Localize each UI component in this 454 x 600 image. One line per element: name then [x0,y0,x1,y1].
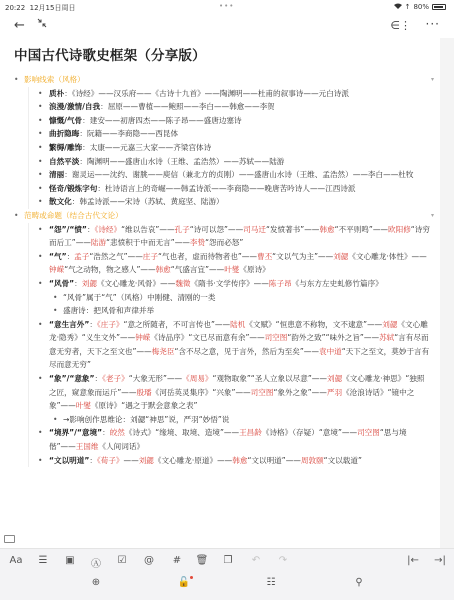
author-name: 周敦颐 [301,456,324,465]
tag-icon[interactable]: # [169,555,185,566]
list-item[interactable]: 质朴：《诗经》——汉乐府——《古诗十九首》——陶渊明——杜甫的叙事诗——元白诗派 [29,87,430,101]
author-name: 钟嵘 [49,265,64,274]
text-segment: “气之动物，物之感人”—— [64,265,155,274]
author-name: 欧阳修 [388,225,411,234]
text-segment: 《文心雕龙·原道》—— [154,456,232,465]
list-item[interactable]: “境界”/“意境”：皎然《诗式》“缘境、取境、造境”——王昌龄《诗格》（存疑）“… [29,426,430,453]
text-segment: ： [102,428,110,437]
text-segment: 《诗格》（存疑）“意境”—— [262,428,357,437]
author-name: 庄子 [143,252,158,261]
sub-list-item[interactable]: 盛唐诗：把风骨和声律并举 [49,304,430,318]
text-segment: “象外之象”—— [273,388,326,397]
list-item[interactable]: 繁缛/雕饰：太康——元嘉三大家——齐梁宫体诗 [29,141,430,155]
list-item[interactable]: “风骨”：刘勰《文心雕龙·风骨》——魏徵《隋书·文学传序》——陈子昂《与东方左史… [29,277,430,318]
add-glyph: ⊕ [92,577,100,588]
search-glyph: ⚲ [355,577,362,588]
text-segment: ： [87,225,95,234]
list-item[interactable]: 浪漫/激情/自我：屈原——曹植——鲍照——李白——韩愈——李贺 [29,100,430,114]
status-bar: 20:22 12月15日周日 ••• ↑ 80% [0,0,454,14]
list-item[interactable]: 自然平淡：陶渊明——盛唐山水诗（王维、孟浩然）——苏轼——陆游 [29,155,430,169]
text-segment: 《人间词话》 [99,442,145,451]
author-name: 曹丕 [257,252,272,261]
list-item[interactable]: 曲折隐晦：阮籍——李商隐——西昆体 [29,127,430,141]
undo-icon[interactable]: ↶ [248,555,264,566]
outdent-icon[interactable]: |← [405,555,421,566]
author-name: 梅尧臣 [152,347,175,356]
text-segment: “韵外之致”“味外之旨”—— [287,333,379,342]
editor-toolbar: Aa☰▣Ⓐ☑@#🗑❐↶↷|←→| ⊕🔓☷⚲ [0,548,454,600]
section-heading: 影响线索（风格） [24,75,85,84]
author-name: 殷璠 [136,388,151,397]
author-name: 《老子》 [102,374,129,383]
author-name: 司空图 [265,333,288,342]
text-segment: “大象无形”—— [129,374,182,383]
text-segment: ： [89,320,97,329]
outline-root: 影响线索（风格） ▾ 质朴：《诗经》——汉乐府——《古诗十九首》——陶渊明——杜… [14,73,430,467]
text-segment: 《诗式》“缘境、取境、造境”—— [125,428,239,437]
screen-mirror-icon[interactable] [4,535,15,543]
checkbox-icon[interactable]: ☑ [114,555,130,566]
text-segment: “气盛言宜”—— [171,265,224,274]
page-title: 中国古代诗歌史框架（分享版） [14,44,430,64]
author-name: 陆机 [230,320,245,329]
author-name: 叶燮 [76,401,91,410]
text-segment: ： [74,279,82,288]
author-name: 陆游 [91,238,106,247]
author-name: 刘勰 [382,320,397,329]
list-item[interactable]: “意生言外”：《庄子》“意之所随者，不可言传也”——陆机《文赋》“恒患意不称物，… [29,318,430,372]
text-segment: ： [89,456,97,465]
author-name: 王国维 [76,442,99,451]
indent-icon[interactable]: →| [432,555,448,566]
author-name: 司空图 [357,428,380,437]
author-name: 《周易》 [182,374,212,383]
text-segment: “气也者，虚而待物者也”—— [158,252,257,261]
sub-list-item[interactable]: →影响创作思维论：刘勰“神思”说，严羽“妙悟”说 [49,413,430,427]
action-toolbar-row: ⊕🔓☷⚲ [0,577,454,597]
list-item[interactable]: 散文化：韩孟诗派——宋诗（苏轼、黄庭坚、陆游） [29,195,430,209]
lock-icon[interactable]: 🔓 [176,577,192,588]
text-segment: 《原诗》 [239,265,269,274]
text-segment: ： [95,374,103,383]
author-name: 刘勰 [327,374,342,383]
status-time: 20:22 12月15日周日 [5,3,75,13]
section-heading: 范畴或命题（结合古代文论） [24,211,123,220]
lock-glyph: 🔓 [178,577,190,588]
list-format-icon[interactable]: ☰ [35,555,51,566]
nav-bar: ← ∈⋮ ··· [0,14,454,38]
text-segment: 《文心雕龙·风骨》—— [97,279,175,288]
author-name: 刘勰 [82,279,97,288]
text-segment: “浩然之气”—— [89,252,142,261]
author-name: 严羽 [327,388,342,397]
author-name: 司空图 [251,388,274,397]
text-style-icon[interactable]: Aa [8,555,24,566]
list-item[interactable]: 慷慨/气骨：建安——初唐四杰——陈子昂——盛唐边塞诗 [29,114,430,128]
redo-icon[interactable]: ↷ [275,555,291,566]
author-name: 《诗经》 [95,225,122,234]
text-segment: “悲愤积于中而无言”—— [106,238,190,247]
list-item[interactable]: “文以明道”：《荀子》——刘勰《文心雕龙·原道》——韩愈“文以明道”——周敦颐“… [29,454,430,468]
text-segment: “含不尽之意，见于言外，然后为至矣”—— [174,347,319,356]
text-segment: “文以气为主”—— [272,252,333,261]
text-segment: “文以载道” [324,456,362,465]
outline-icon[interactable]: ☷ [263,577,279,588]
document-body[interactable]: 中国古代诗歌史框架（分享版） 影响线索（风格） ▾ 质朴：《诗经》——汉乐府——… [0,38,440,548]
fold-toggle-icon[interactable]: ▾ [431,73,434,87]
copy-icon[interactable]: ❐ [220,555,236,566]
text-segment: —— [124,456,139,465]
text-segment: 《文赋》“恒患意不称物，文不逮意”—— [245,320,382,329]
multitask-dots[interactable]: ••• [219,2,234,10]
author-name: 韩愈 [156,265,171,274]
author-name: 钟嵘 [135,333,150,342]
author-name: 《庄子》 [97,320,124,329]
section-categories[interactable]: 范畴或命题（结合古代文论） ▾ “怨”/“愤”：《诗经》“维以告哀”——孔子“诗… [14,209,430,467]
outline-toggle-icon[interactable]: ∈⋮ [390,19,411,32]
author-name: 皎然 [110,428,125,437]
battery-percent: 80% [413,3,429,11]
scrollbar-track[interactable] [440,38,454,548]
text-segment: 《河岳英灵集序》“兴象”—— [152,388,251,397]
author-name: 司马迁 [243,225,266,234]
notification-dot [190,576,193,579]
image-icon[interactable]: ▣ [62,555,78,566]
back-icon[interactable]: ← [14,18,25,33]
text-segment: “观物取象”“圣人立象以尽意”—— [213,374,327,383]
list-item[interactable]: “气”：孟子“浩然之气”——庄子“气也者，虚而待物者也”——曹丕“文以气为主”—… [29,250,430,277]
text-segment: “怨而必怒” [205,238,243,247]
author-name: 孟子 [74,252,89,261]
sub-list-item[interactable]: “风骨”属于“气”（风格）中刚健、清刚的一类 [49,291,430,305]
author-name: 韩愈 [319,225,334,234]
format-toolbar-row: Aa☰▣Ⓐ☑@#🗑❐↶↷|←→| [0,555,454,575]
outline-glyph: ☷ [267,577,276,588]
author-name: 魏徵 [175,279,190,288]
list-item[interactable]: 清丽：谢灵运——沈约、谢朓——庾信（兼北方的贞刚）——盛唐山水诗（王维、孟浩然）… [29,168,430,182]
search-icon[interactable]: ⚲ [351,577,367,588]
text-segment: “不平则鸣”—— [335,225,388,234]
collapse-icon[interactable] [37,18,47,29]
text-segment: 《诗品序》“文已尽而意有余”—— [150,333,264,342]
text-segment: 《原诗》“遇之于默会意象之表” [91,401,198,410]
author-name: 韩愈 [232,456,247,465]
fold-toggle-icon[interactable]: ▾ [431,209,434,223]
author-name: 刘勰 [139,456,154,465]
delete-icon[interactable]: 🗑 [194,555,210,566]
author-name: 李贽 [190,238,205,247]
section-style-lineage[interactable]: 影响线索（风格） ▾ 质朴：《诗经》——汉乐府——《古诗十九首》——陶渊明——杜… [14,73,430,209]
text-segment: “文以明道”—— [247,456,300,465]
author-name: 刘勰 [333,252,348,261]
author-name: 袁中道 [319,347,342,356]
author-name: 王昌龄 [239,428,262,437]
text-segment: “诗可以怨”—— [190,225,243,234]
list-item[interactable]: “象”/“意象”：《老子》“大象无形”——《周易》“观物取象”“圣人立象以尽意”… [29,372,430,426]
list-item[interactable]: “怨”/“愤”：《诗经》“维以告哀”——孔子“诗可以怨”——司马迁“发愤著书”—… [29,223,430,250]
draw-icon[interactable]: Ⓐ [88,555,104,570]
text-segment: “维以告哀”—— [121,225,174,234]
text-segment: 《文心雕龙·体性》—— [348,252,426,261]
text-segment: “意之所随者，不可言传也”—— [124,320,231,329]
wifi-icon [394,3,402,11]
author-name: 《荀子》 [97,456,124,465]
text-segment: “发愤著书”—— [266,225,319,234]
list-item[interactable]: 怪奇/锻炼字句：杜诗语言上的奇崛——韩孟诗派——李商隐——晚唐苦吟诗人——江西诗… [29,182,430,196]
add-icon[interactable]: ⊕ [88,577,104,588]
author-name: 叶燮 [224,265,239,274]
charging-icon: ↑ [405,3,411,11]
author-name: 苏轼 [379,333,394,342]
battery-icon [432,4,446,10]
author-name: 孔子 [175,225,190,234]
author-name: 陈子昂 [269,279,292,288]
more-icon[interactable]: ··· [426,17,440,31]
text-segment: 《与东方左史虬修竹篇序》 [292,279,383,288]
text-segment: 《隋书·文学传序》—— [191,279,269,288]
status-right: ↑ 80% [394,3,446,11]
mention-icon[interactable]: @ [141,555,157,566]
